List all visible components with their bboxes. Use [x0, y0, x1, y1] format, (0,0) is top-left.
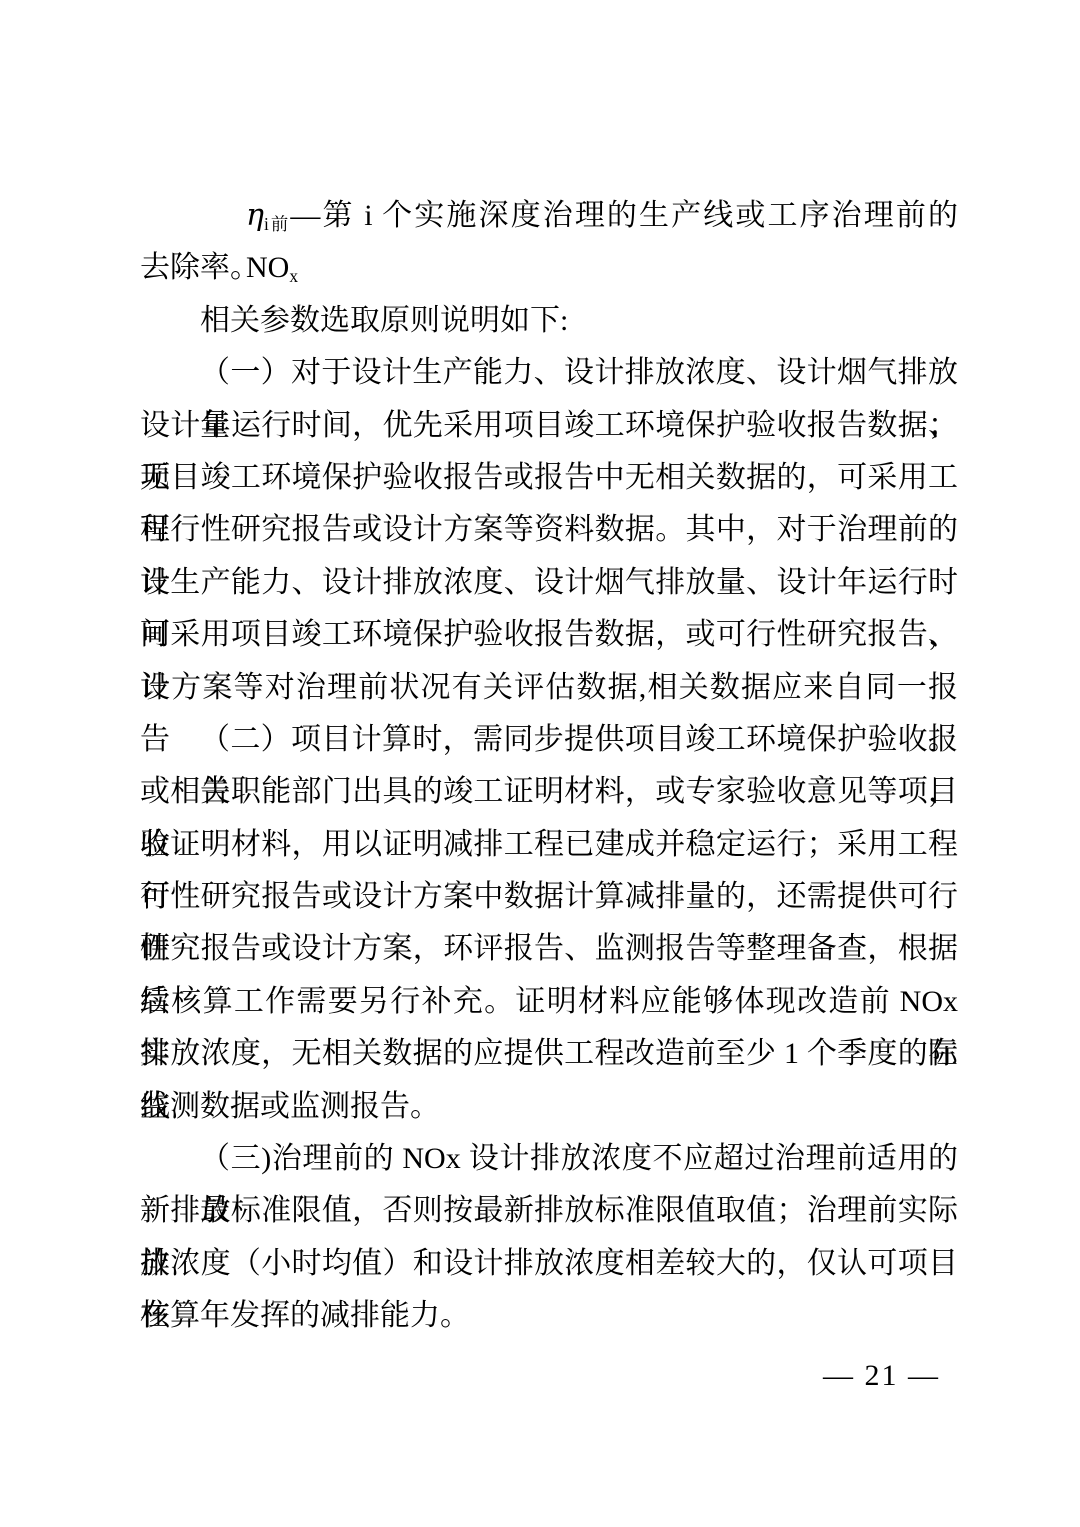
text-line: 监测数据或监测报告。	[140, 1081, 958, 1133]
text-line: 续核算工作需要另行补充。证明材料应能够体现改造前 NOx 实际	[140, 976, 958, 1028]
text-line: 核算年发挥的减排能力。	[140, 1290, 958, 1342]
text-line: 项目竣工环境保护验收报告或报告中无相关数据的，可采用工程	[140, 452, 958, 504]
text-line: （一）对于设计生产能力、设计排放浓度、设计烟气排放量、	[140, 347, 958, 399]
text-line: 行性研究报告或设计方案中数据计算减排量的，还需提供可行性	[140, 871, 958, 923]
eta-symbol: η	[246, 198, 264, 233]
text-line: 放浓度（小时均值）和设计排放浓度相差较大的，仅认可项目在	[140, 1238, 958, 1290]
text-line: 排放浓度，无相关数据的应提供工程改造前至少 1 个季度的在线	[140, 1028, 958, 1080]
text-line: （二）项目计算时，需同步提供项目竣工环境保护验收报告，	[140, 714, 958, 766]
document-page: ηi前—第 i 个实施深度治理的生产线或工序治理前的 NOx 去除率。 相关参数…	[0, 0, 1080, 1527]
text-line: 设计年运行时间，优先采用项目竣工环境保护验收报告数据；无	[140, 400, 958, 452]
text-line: （三)治理前的 NOx 设计排放浓度不应超过治理前适用的最	[140, 1133, 958, 1185]
formula-line: ηi前—第 i 个实施深度治理的生产线或工序治理前的 NOx	[140, 190, 958, 242]
eta-subscript: i前	[264, 214, 290, 234]
nox-subscript: x	[289, 266, 298, 286]
text-line: 研究报告或设计方案，环评报告、监测报告等整理备查，根据后	[140, 923, 958, 975]
text-line: 或相关职能部门出具的竣工证明材料，或专家验收意见等项目验	[140, 766, 958, 818]
text-block: ηi前—第 i 个实施深度治理的生产线或工序治理前的 NOx 去除率。 相关参数…	[140, 190, 958, 1343]
page-number: — 21 —	[823, 1358, 940, 1394]
text-line: 可采用项目竣工环境保护验收报告数据，或可行性研究报告、设	[140, 609, 958, 661]
text-line: 计生产能力、设计排放浓度、设计烟气排放量、设计年运行时间，	[140, 557, 958, 609]
text-line: 收证明材料，用以证明减排工程已建成并稳定运行；采用工程可	[140, 819, 958, 871]
text-line: 可行性研究报告或设计方案等资料数据。其中，对于治理前的设	[140, 504, 958, 556]
text-line: 相关参数选取原则说明如下:	[140, 295, 958, 347]
text-line: 计方案等对治理前状况有关评估数据,相关数据应来自同一报告。	[140, 662, 958, 714]
text-line: 新排放标准限值，否则按最新排放标准限值取值；治理前实际排	[140, 1185, 958, 1237]
